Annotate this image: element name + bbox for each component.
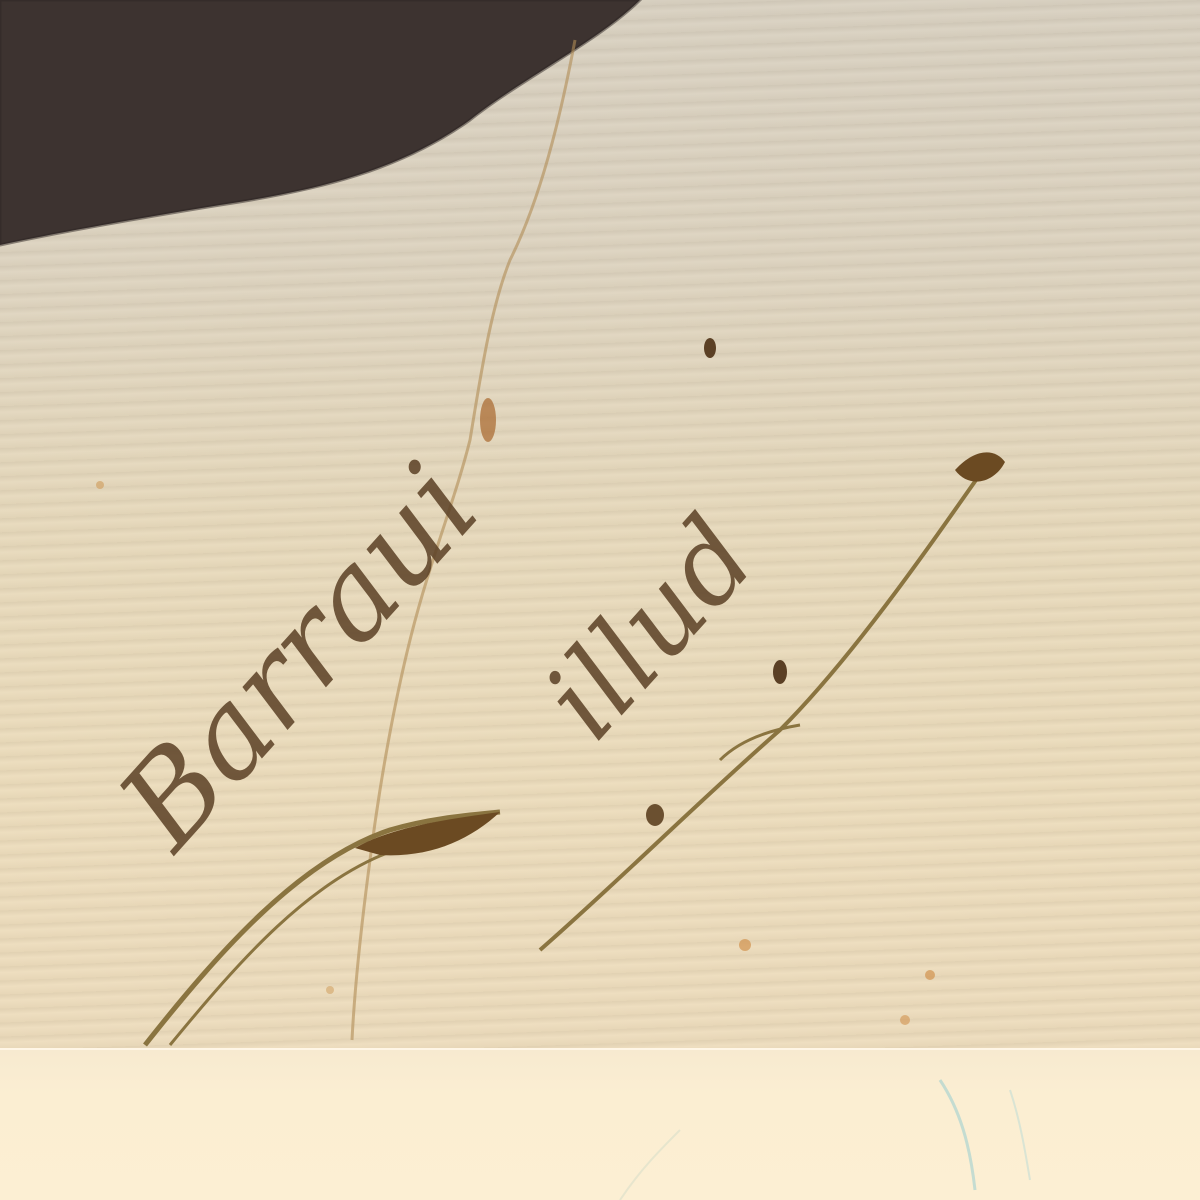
signature-line-2: illud: [519, 493, 779, 762]
signature-line-1: Barraui: [92, 438, 506, 876]
photo-scene: Barraui illud: [0, 0, 1200, 1200]
paper-mount-strip: [0, 1048, 1200, 1200]
signature: Barraui illud: [0, 0, 1200, 1050]
